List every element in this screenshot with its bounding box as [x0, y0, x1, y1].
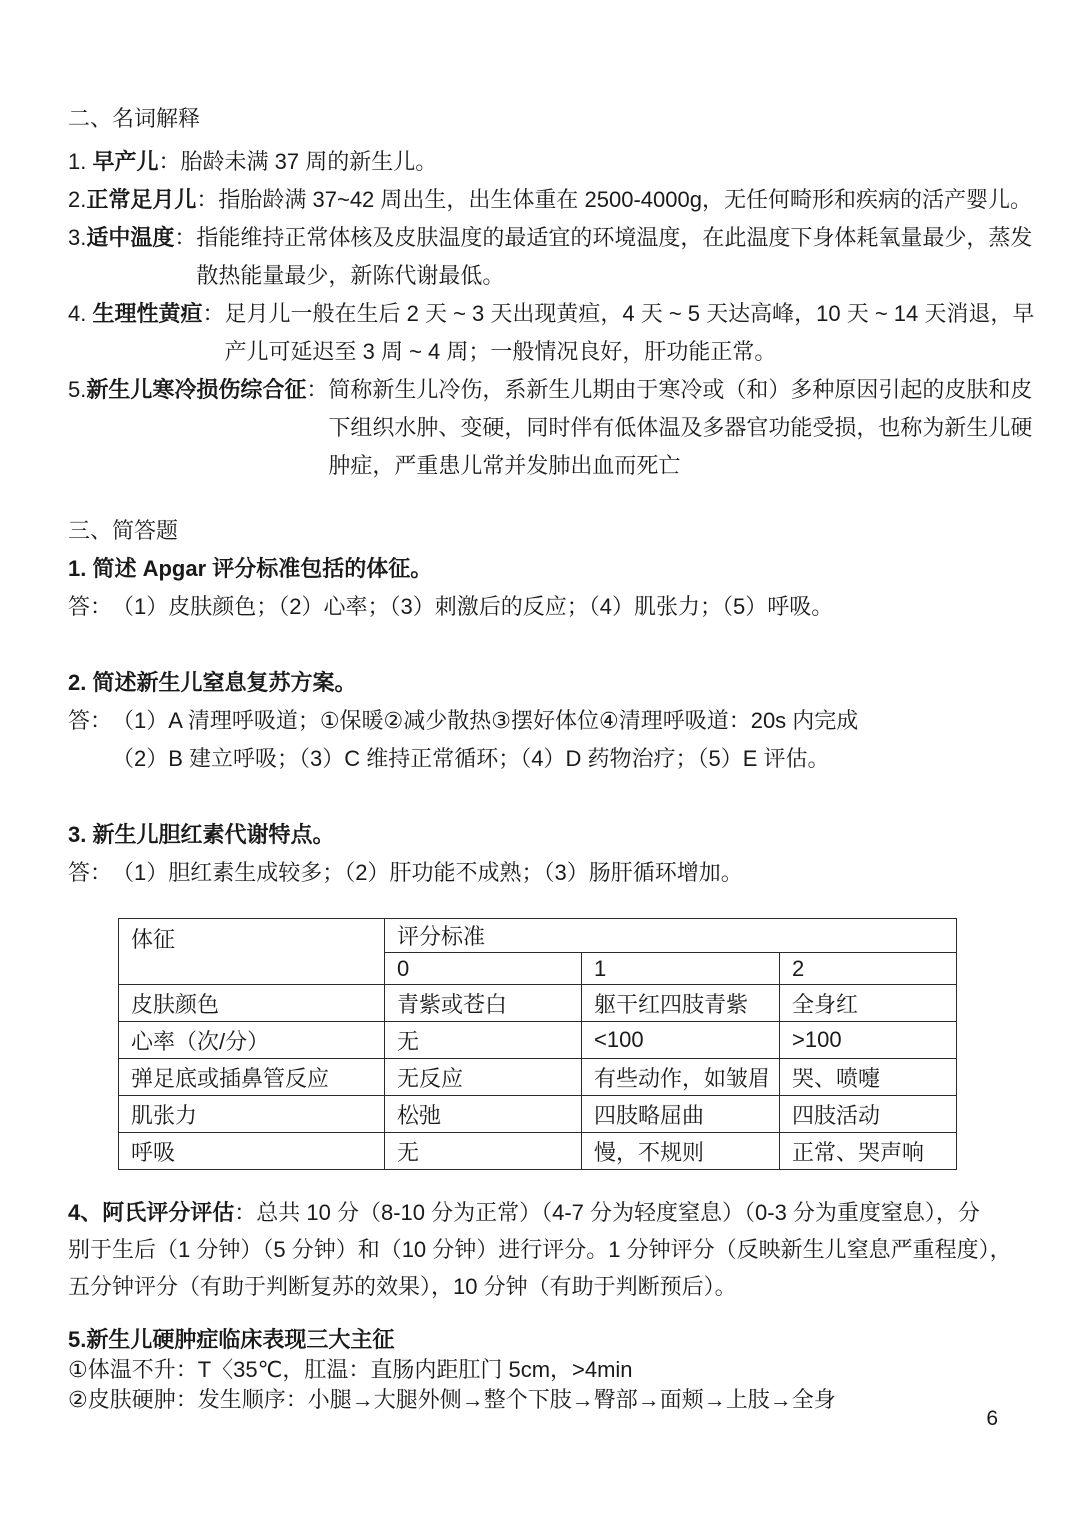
- answer-label: 答：: [68, 702, 112, 740]
- term-number: 3.: [68, 225, 86, 250]
- term-colon: ：: [174, 225, 196, 250]
- assessment-line: 别于生后（1 分钟）（5 分钟）和（10 分钟）进行评分。1 分钟评分（反映新生…: [68, 1231, 1030, 1268]
- table-cell: 有些动作，如皱眉: [582, 1059, 780, 1096]
- assessment-line: 五分钟评分（有助于判断复苏的效果），10 分钟（有助于判断预后）。: [68, 1268, 1030, 1305]
- term-name: 正常足月儿: [86, 187, 196, 212]
- table-cell: 无: [385, 1022, 582, 1059]
- qa-section-heading: 三、简答题: [68, 512, 1030, 550]
- table-cell-score-0: 0: [385, 953, 582, 985]
- term-name: 适中温度: [86, 225, 174, 250]
- term-number: 1.: [68, 149, 92, 174]
- table-cell: 松弛: [385, 1096, 582, 1133]
- table-row: 肌张力 松弛 四肢略屈曲 四肢活动: [119, 1096, 957, 1133]
- sclerema-line: ①体温不升：T〈35℃，肛温：直肠内距肛门 5cm，>4min: [68, 1355, 1030, 1385]
- table-cell: 四肢略屈曲: [582, 1096, 780, 1133]
- answer-block: 答： （1）A 清理呼吸道；①保暖②减少散热③摆好体位④清理呼吸道：20s 内完…: [68, 702, 1030, 778]
- assessment-lead: 4、阿氏评分评估: [68, 1200, 234, 1225]
- page-content: 二、名词解释 1. 早产儿： 胎龄未满 37 周的新生儿。 2.正常足月儿： 指…: [0, 0, 1080, 1415]
- answer-content: （1）A 清理呼吸道；①保暖②减少散热③摆好体位④清理呼吸道：20s 内完成 （…: [112, 702, 858, 778]
- term-number: 5.: [68, 377, 86, 402]
- definition-line: 简称新生儿冷伤，系新生儿期由于寒冷或（和）多种原因引起的皮肤和皮: [328, 371, 1032, 409]
- term-definition: 简称新生儿冷伤，系新生儿期由于寒冷或（和）多种原因引起的皮肤和皮 下组织水肿、变…: [328, 371, 1032, 485]
- term-number: 2.: [68, 187, 86, 212]
- table-cell: 无: [385, 1133, 582, 1170]
- term-label: 1. 早产儿：: [68, 143, 181, 181]
- table-cell-score-2: 2: [780, 953, 957, 985]
- table-row: 呼吸 无 慢，不规则 正常、哭声响: [119, 1133, 957, 1170]
- table-cell: 无反应: [385, 1059, 582, 1096]
- table-row: 心率（次/分） 无 <100 >100: [119, 1022, 957, 1059]
- definition-line: 产儿可延迟至 3 周 ~ 4 周；一般情况良好，肝功能正常。: [225, 333, 1035, 371]
- answer-block: 答： （1）皮肤颜色；（2）心率；（3）刺激后的反应；（4）肌张力；（5）呼吸。: [68, 588, 1030, 626]
- term-item: 3.适中温度： 指能维持正常体核及皮肤温度的最适宜的环境温度，在此温度下身体耗氧…: [68, 219, 1030, 295]
- term-definition: 足月儿一般在生后 2 天 ~ 3 天出现黄疸，4 天 ~ 5 天达高峰，10 天…: [225, 295, 1035, 371]
- question-text: 3. 新生儿胆红素代谢特点。: [68, 816, 1030, 854]
- table-cell: 肌张力: [119, 1096, 385, 1133]
- term-definition: 指胎龄满 37~42 周出生，出生体重在 2500-4000g，无任何畸形和疾病…: [218, 181, 1032, 219]
- term-colon: ：: [158, 149, 180, 174]
- answer-block: 答： （1）胆红素生成较多；（2）肝功能不成熟；（3）肠肝循环增加。: [68, 854, 1030, 892]
- page-number: 6: [986, 1404, 998, 1434]
- apgar-score-table: 体征 评分标准 0 1 2 皮肤颜色 青紫或苍白 躯干红四肢青紫 全身红 心率（…: [118, 918, 957, 1170]
- assessment-line: 4、阿氏评分评估：总共 10 分（8-10 分为正常）（4-7 分为轻度窒息）（…: [68, 1194, 1030, 1231]
- definition-line: 散热能量最少，新陈代谢最低。: [196, 257, 1032, 295]
- sclerema-section: 5.新生儿硬肿症临床表现三大主征 ①体温不升：T〈35℃，肛温：直肠内距肛门 5…: [68, 1325, 1030, 1415]
- term-label: 3.适中温度：: [68, 219, 196, 257]
- document-page: 二、名词解释 1. 早产儿： 胎龄未满 37 周的新生儿。 2.正常足月儿： 指…: [0, 0, 1080, 1527]
- sclerema-heading: 5.新生儿硬肿症临床表现三大主征: [68, 1325, 1030, 1355]
- answer-content: （1）皮肤颜色；（2）心率；（3）刺激后的反应；（4）肌张力；（5）呼吸。: [112, 588, 833, 626]
- term-name: 生理性黄疸: [92, 301, 202, 326]
- term-label: 5.新生儿寒冷损伤综合征：: [68, 371, 328, 409]
- term-number: 4.: [68, 301, 92, 326]
- table-cell: 青紫或苍白: [385, 985, 582, 1022]
- term-item: 2.正常足月儿： 指胎龄满 37~42 周出生，出生体重在 2500-4000g…: [68, 181, 1030, 219]
- definition-line: 下组织水肿、变硬，同时伴有低体温及多器官功能受损，也称为新生儿硬: [328, 409, 1032, 447]
- sclerema-line: ②皮肤硬肿：发生顺序：小腿→大腿外侧→整个下肢→臀部→面颊→上肢→全身: [68, 1385, 1030, 1415]
- table-cell: 哭、喷嚏: [780, 1059, 957, 1096]
- term-colon: ：: [202, 301, 224, 326]
- question-text: 2. 简述新生儿窒息复苏方案。: [68, 664, 1030, 702]
- term-name: 早产儿: [92, 149, 158, 174]
- term-colon: ：: [306, 377, 328, 402]
- term-item: 4. 生理性黄疸： 足月儿一般在生后 2 天 ~ 3 天出现黄疸，4 天 ~ 5…: [68, 295, 1030, 371]
- table-cell-sign-header: 体征: [119, 919, 385, 985]
- table-cell: <100: [582, 1022, 780, 1059]
- assessment-section: 4、阿氏评分评估：总共 10 分（8-10 分为正常）（4-7 分为轻度窒息）（…: [68, 1194, 1030, 1305]
- question-text: 1. 简述 Apgar 评分标准包括的体征。: [68, 550, 1030, 588]
- table-cell: 弹足底或插鼻管反应: [119, 1059, 385, 1096]
- definition-line: 胎龄未满 37 周的新生儿。: [181, 143, 438, 181]
- table-cell: 正常、哭声响: [780, 1133, 957, 1170]
- table-cell: 全身红: [780, 985, 957, 1022]
- table-cell: >100: [780, 1022, 957, 1059]
- answer-line: （1）胆红素生成较多；（2）肝功能不成熟；（3）肠肝循环增加。: [112, 854, 743, 892]
- table-row: 弹足底或插鼻管反应 无反应 有些动作，如皱眉 哭、喷嚏: [119, 1059, 957, 1096]
- answer-line: （2）B 建立呼吸；（3）C 维持正常循环；（4）D 药物治疗；（5）E 评估。: [112, 740, 858, 778]
- table-cell: 心率（次/分）: [119, 1022, 385, 1059]
- definition-line: 肿症，严重患儿常并发肺出血而死亡: [328, 447, 1032, 485]
- answer-content: （1）胆红素生成较多；（2）肝功能不成熟；（3）肠肝循环增加。: [112, 854, 743, 892]
- term-label: 2.正常足月儿：: [68, 181, 218, 219]
- definition-line: 指能维持正常体核及皮肤温度的最适宜的环境温度，在此温度下身体耗氧量最少，蒸发: [196, 219, 1032, 257]
- answer-label: 答：: [68, 854, 112, 892]
- assessment-text: 总共 10 分（8-10 分为正常）（4-7 分为轻度窒息）（0-3 分为重度窒…: [256, 1200, 980, 1225]
- term-definition: 胎龄未满 37 周的新生儿。: [181, 143, 438, 181]
- table-cell: 慢，不规则: [582, 1133, 780, 1170]
- table-header-row: 体征 评分标准: [119, 919, 957, 953]
- term-item: 5.新生儿寒冷损伤综合征： 简称新生儿冷伤，系新生儿期由于寒冷或（和）多种原因引…: [68, 371, 1030, 485]
- answer-label: 答：: [68, 588, 112, 626]
- answer-line: （1）A 清理呼吸道；①保暖②减少散热③摆好体位④清理呼吸道：20s 内完成: [112, 702, 858, 740]
- answer-line: （1）皮肤颜色；（2）心率；（3）刺激后的反应；（4）肌张力；（5）呼吸。: [112, 588, 833, 626]
- table-cell: 躯干红四肢青紫: [582, 985, 780, 1022]
- terms-section-heading: 二、名词解释: [68, 100, 1030, 138]
- term-colon: ：: [196, 187, 218, 212]
- term-label: 4. 生理性黄疸：: [68, 295, 225, 333]
- table-cell: 皮肤颜色: [119, 985, 385, 1022]
- assessment-colon: ：: [234, 1200, 256, 1225]
- table-cell-score-1: 1: [582, 953, 780, 985]
- table-cell: 四肢活动: [780, 1096, 957, 1133]
- term-definition: 指能维持正常体核及皮肤温度的最适宜的环境温度，在此温度下身体耗氧量最少，蒸发 散…: [196, 219, 1032, 295]
- table-cell-criteria-header: 评分标准: [385, 919, 957, 953]
- table-row: 皮肤颜色 青紫或苍白 躯干红四肢青紫 全身红: [119, 985, 957, 1022]
- definition-line: 足月儿一般在生后 2 天 ~ 3 天出现黄疸，4 天 ~ 5 天达高峰，10 天…: [225, 295, 1035, 333]
- table-cell: 呼吸: [119, 1133, 385, 1170]
- term-item: 1. 早产儿： 胎龄未满 37 周的新生儿。: [68, 143, 1030, 181]
- term-name: 新生儿寒冷损伤综合征: [86, 377, 306, 402]
- definition-line: 指胎龄满 37~42 周出生，出生体重在 2500-4000g，无任何畸形和疾病…: [218, 181, 1032, 219]
